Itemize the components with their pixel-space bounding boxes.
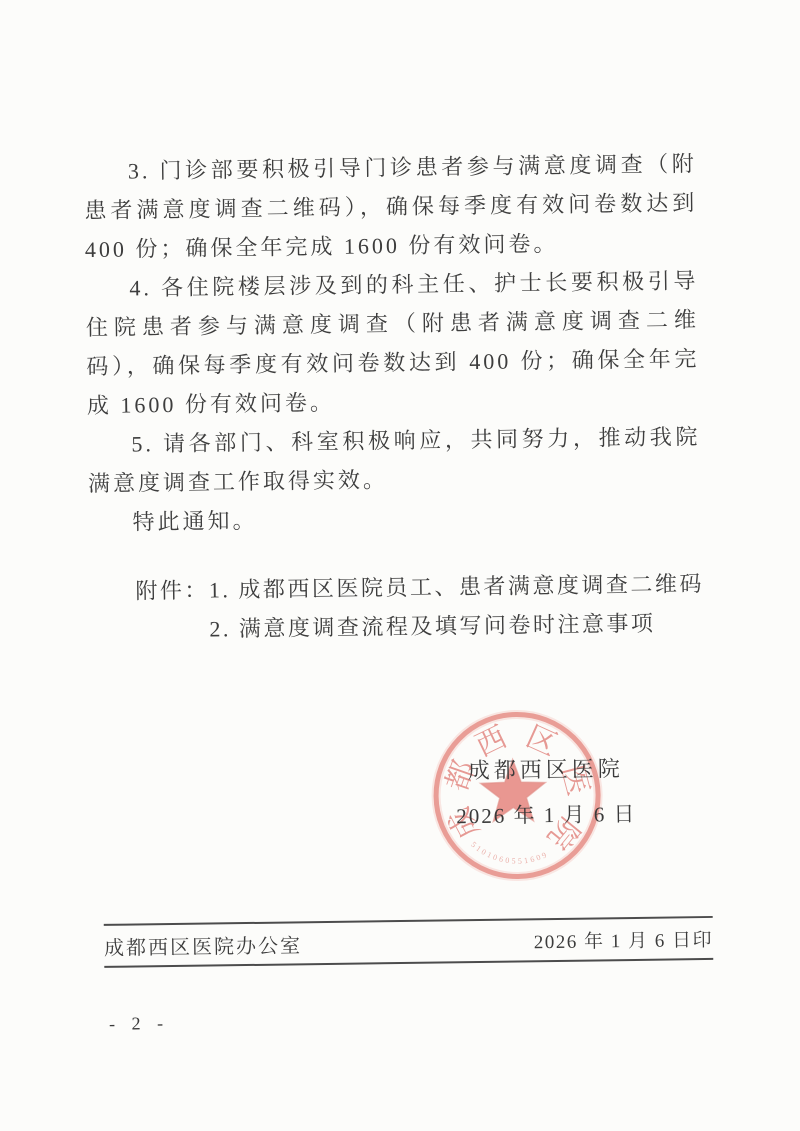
attachment-item: 1. 成都西区医院员工、患者满意度调查二维码 <box>209 564 704 609</box>
attachments-list: 1. 成都西区医院员工、患者满意度调查二维码 2. 满意度调查流程及填写问卷时注… <box>209 564 705 648</box>
seal-code: 5101060551609 <box>469 839 550 866</box>
svg-text:5101060551609: 5101060551609 <box>469 839 550 866</box>
paragraph-item-5: 5. 请各部门、科室积极响应，共同努力，推动我院满意度调查工作取得实效。 <box>87 417 701 503</box>
page-number: - 2 - <box>109 1013 169 1035</box>
closing-line: 特此通知。 <box>88 495 701 542</box>
signature-date: 2026 年 1 月 6 日 <box>411 797 681 831</box>
attachments-label: 附件： <box>135 571 209 611</box>
signature-block: 成都西区医院 2026 年 1 月 6 日 <box>411 751 682 831</box>
signature-org: 成都西区医院 <box>411 751 681 786</box>
footer-office: 成都西区医院办公室 <box>104 929 302 961</box>
scanned-content: 3. 门诊部要积极引导门诊患者参与满意度调查（附患者满意度调查二维码），确保每季… <box>0 0 800 1131</box>
body-text: 3. 门诊部要积极引导门诊患者参与满意度调查（附患者满意度调查二维码），确保每季… <box>84 144 702 542</box>
paragraph-item-3: 3. 门诊部要积极引导门诊患者参与满意度调查（附患者满意度调查二维码），确保每季… <box>84 144 698 269</box>
attachment-item: 2. 满意度调查流程及填写问卷时注意事项 <box>209 603 704 648</box>
footer-print-date: 2026 年 1 月 6 日印 <box>534 924 714 953</box>
footer-colophon: 成都西区医院办公室 2026 年 1 月 6 日印 <box>104 916 714 968</box>
paragraph-item-4: 4. 各住院楼层涉及到的科主任、护士长要积极引导住院患者参与满意度调查（附患者满… <box>85 261 700 425</box>
document-page: 3. 门诊部要积极引导门诊患者参与满意度调查（附患者满意度调查二维码），确保每季… <box>0 0 800 1131</box>
attachments-block: 附件： 1. 成都西区医院员工、患者满意度调查二维码 2. 满意度调查流程及填写… <box>135 564 705 649</box>
